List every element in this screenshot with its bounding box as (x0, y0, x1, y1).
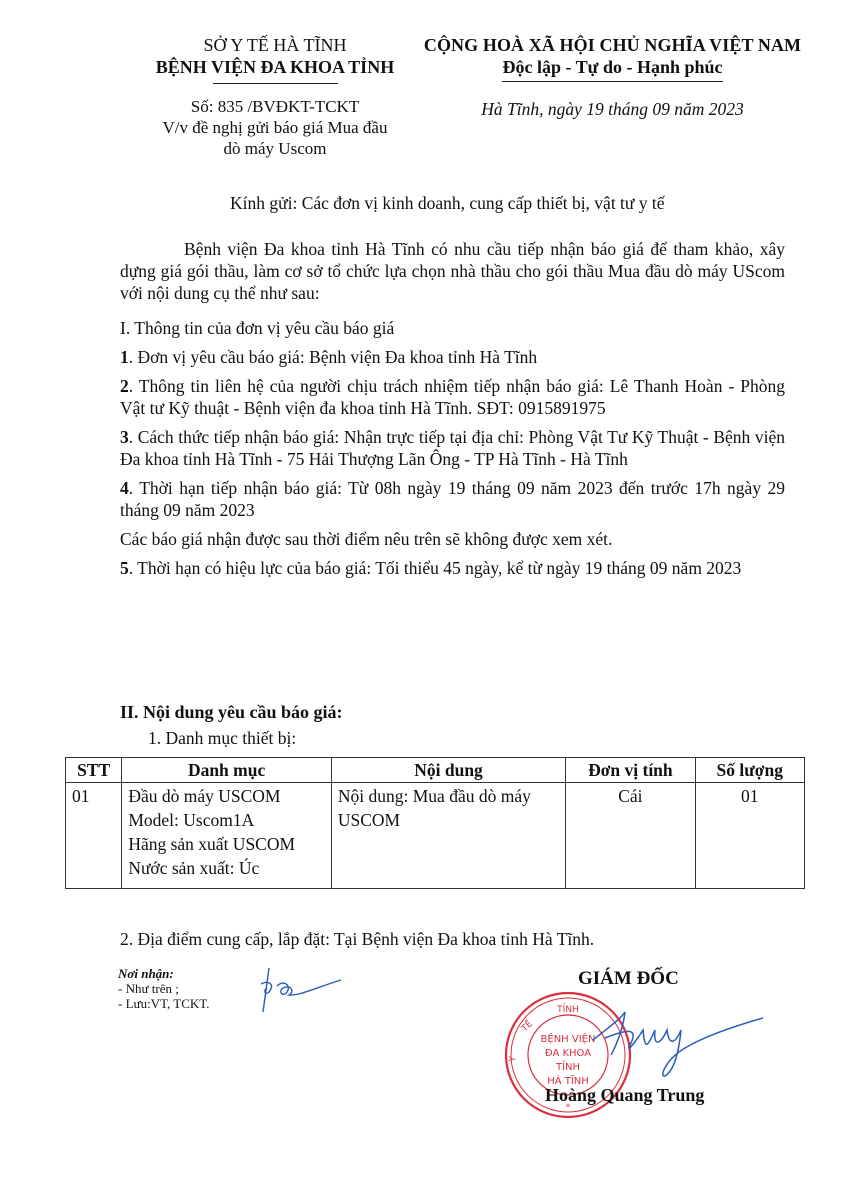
recipient-item: - Lưu:VT, TCKT. (118, 996, 210, 1011)
item-origin: Nước sản xuất: Úc (128, 856, 325, 880)
info-item-5: 5. Thời hạn có hiệu lực của báo giá: Tối… (120, 557, 785, 579)
document-subject-line-1: V/v đề nghị gửi báo giá Mua đầu (110, 117, 440, 138)
item-text: . Thời hạn tiếp nhận báo giá: Từ 08h ngà… (120, 478, 785, 520)
initial-signature-icon (255, 962, 345, 1017)
cell-noi-dung: Nội dung: Mua đầu dò máy USCOM (331, 783, 565, 889)
col-don-vi-tinh: Đơn vị tính (566, 758, 695, 783)
recipient-item: - Như trên ; (118, 981, 210, 996)
info-item-4: 4. Thời hạn tiếp nhận báo giá: Từ 08h ng… (120, 477, 785, 521)
col-danh-muc: Danh mục (122, 758, 332, 783)
item-text: . Đơn vị yêu cầu báo giá: Bệnh viện Đa k… (129, 347, 537, 367)
svg-text:TẾ: TẾ (518, 1018, 535, 1035)
director-signature-icon (585, 1000, 765, 1080)
cell-don-vi-tinh: Cái (566, 783, 695, 889)
equipment-table: STT Danh mục Nội dung Đơn vị tính Số lượ… (65, 757, 805, 889)
section-1: I. Thông tin của đơn vị yêu cầu báo giá … (120, 317, 785, 586)
cell-so-luong: 01 (695, 783, 804, 889)
item-model: Model: Uscom1A (128, 808, 325, 832)
document-reference: Số: 835 /BVĐKT-TCKT V/v đề nghị gửi báo … (110, 96, 440, 159)
info-item-1: 1. Đơn vị yêu cầu báo giá: Bệnh viện Đa … (120, 346, 785, 368)
col-noi-dung: Nội dung (331, 758, 565, 783)
item-text: . Cách thức tiếp nhận báo giá: Nhận trực… (120, 427, 785, 469)
cell-stt: 01 (66, 783, 122, 889)
equipment-list-heading: 1. Danh mục thiết bị: (148, 728, 296, 749)
item-number: 3 (120, 427, 129, 447)
info-item-2: 2. Thông tin liên hệ của người chịu trác… (120, 375, 785, 419)
issuer-block: SỞ Y TẾ HÀ TĨNH BỆNH VIỆN ĐA KHOA TỈNH S… (110, 34, 440, 159)
signer-position: GIÁM ĐỐC (578, 968, 679, 990)
col-stt: STT (66, 758, 122, 783)
info-item-3: 3. Cách thức tiếp nhận báo giá: Nhận trự… (120, 426, 785, 470)
header-divider (213, 83, 338, 84)
department-name: SỞ Y TẾ HÀ TĨNH (110, 34, 440, 56)
table-header-row: STT Danh mục Nội dung Đơn vị tính Số lượ… (66, 758, 805, 783)
section-1-title: I. Thông tin của đơn vị yêu cầu báo giá (120, 317, 785, 339)
document-number: Số: 835 /BVĐKT-TCKT (110, 96, 440, 117)
table-row: 01 Đầu dò máy USCOM Model: Uscom1A Hãng … (66, 783, 805, 889)
item-text: . Thông tin liên hệ của người chịu trách… (120, 376, 785, 418)
svg-text:TỈNH: TỈNH (556, 1003, 579, 1015)
item-text: Các báo giá nhận được sau thời điểm nêu … (120, 529, 612, 549)
national-motto: Độc lập - Tự do - Hạnh phúc (502, 56, 722, 82)
nation-title: CỘNG HOÀ XÃ HỘI CHỦ NGHĨA VIỆT NAM (420, 34, 805, 56)
item-number: 1 (120, 347, 129, 367)
item-number: 4 (120, 478, 129, 498)
info-note: Các báo giá nhận được sau thời điểm nêu … (120, 528, 785, 550)
hospital-name: BỆNH VIỆN ĐA KHOA TỈNH (110, 56, 440, 78)
item-name: Đầu dò máy USCOM (128, 784, 325, 808)
recipients-title: Nơi nhận: (118, 966, 210, 981)
delivery-location: 2. Địa điểm cung cấp, lắp đặt: Tại Bệnh … (120, 929, 594, 950)
document-date: Hà Tĩnh, ngày 19 tháng 09 năm 2023 (420, 99, 805, 120)
item-text: . Thời hạn có hiệu lực của báo giá: Tối … (129, 558, 742, 578)
recipients-block: Nơi nhận: - Như trên ; - Lưu:VT, TCKT. (118, 966, 210, 1011)
intro-text: Bệnh viện Đa khoa tỉnh Hà Tĩnh có nhu cầ… (120, 238, 785, 304)
svg-text:TỈNH: TỈNH (555, 1059, 580, 1073)
addressee: Kính gửi: Các đơn vị kinh doanh, cung cấ… (230, 193, 665, 214)
item-number: 5 (120, 558, 129, 578)
cell-danh-muc: Đầu dò máy USCOM Model: Uscom1A Hãng sản… (122, 783, 332, 889)
item-number: 2 (120, 376, 129, 396)
signer-name: Hoàng Quang Trung (545, 1085, 704, 1106)
svg-text:Y: Y (508, 1055, 519, 1063)
col-so-luong: Số lượng (695, 758, 804, 783)
item-manufacturer: Hãng sản xuất USCOM (128, 832, 325, 856)
intro-paragraph: Bệnh viện Đa khoa tỉnh Hà Tĩnh có nhu cầ… (120, 238, 785, 304)
section-2-title: II. Nội dung yêu cầu báo giá: (120, 702, 343, 723)
national-header: CỘNG HOÀ XÃ HỘI CHỦ NGHĨA VIỆT NAM Độc l… (420, 34, 805, 120)
document-subject-line-2: dò máy Uscom (110, 138, 440, 159)
